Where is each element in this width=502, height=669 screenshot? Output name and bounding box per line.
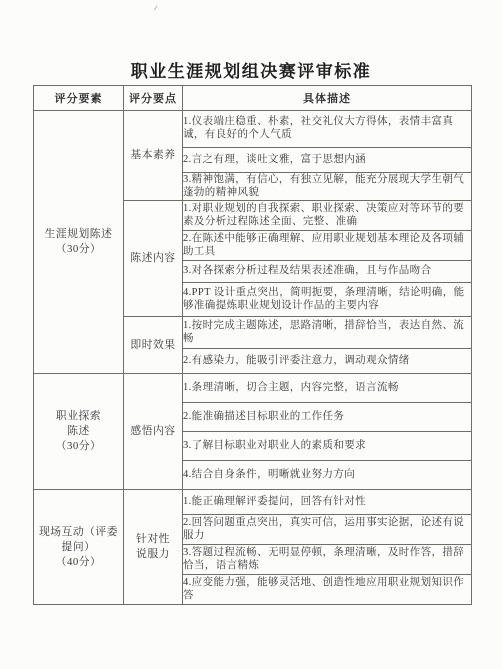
description-cell: 2.言之有理，谈吐文雅，富于思想内涵 (183, 148, 472, 173)
score-point-cell: 针对性 说服力 (124, 490, 183, 605)
score-element-cell: 生涯规划陈述 （30分） (34, 111, 124, 374)
description-cell: 3.了解目标职业对职业人的素质和要求 (183, 432, 472, 461)
description-cell: 2.能准确描述目标职业的工作任务 (183, 403, 472, 432)
score-point-cell: 陈述内容 (124, 201, 183, 317)
table-header-row: 评分要素 评分要点 具体描述 (34, 86, 472, 111)
score-point-cell: 感悟内容 (124, 374, 183, 490)
header-score-point: 评分要点 (124, 86, 183, 111)
header-score-element: 评分要素 (34, 86, 124, 111)
description-cell: 4.结合自身条件，明晰就业努力方向 (183, 461, 472, 490)
description-cell: 1.按时完成主题陈述，思路清晰，措辞恰当，表达自然、流畅 (183, 317, 472, 349)
table-row: 生涯规划陈述 （30分） 基本素养 1.仪表端庄稳重、朴素，社交礼仪大方得体，表… (34, 111, 472, 148)
table-row: 职业探索 陈述 （30分） 感悟内容 1.条理清晰，切合主题，内容完整，语言流畅 (34, 374, 472, 403)
description-cell: 3.对各探索分析过程及结果表述准确，且与作品吻合 (183, 261, 472, 283)
description-cell: 2.回答问题重点突出，真实可信，运用事实论据，论述有说服力 (183, 515, 472, 545)
description-cell: 2.在陈述中能够正确理解、应用职业规划基本理论及各项辅助工具 (183, 231, 472, 261)
description-cell: 4.应变能力强，能够灵活地、创造性地应用职业规划知识作答 (183, 575, 472, 605)
description-cell: 1.仪表端庄稳重、朴素，社交礼仪大方得体，表情丰富真诚，有良好的个人气质 (183, 111, 472, 148)
header-description: 具体描述 (183, 86, 472, 111)
score-element-cell: 现场互动（评委 提问） （40分） (34, 490, 124, 605)
description-cell: 4.PPT 设计重点突出，简明扼要，条理清晰，结论明确，能够准确提炼职业规划设计… (183, 283, 472, 317)
evaluation-criteria-table: 评分要素 评分要点 具体描述 生涯规划陈述 （30分） 基本素养 1.仪表端庄稳… (33, 85, 472, 605)
table-row: 现场互动（评委 提问） （40分） 针对性 说服力 1.能正确理解评委提问，回答… (34, 490, 472, 515)
description-cell: 3.精神饱满，有信心，有独立见解，能充分展现大学生朝气蓬勃的精神风貌 (183, 173, 472, 201)
description-cell: 2.有感染力，能吸引评委注意力，调动观众情绪 (183, 349, 472, 374)
description-cell: 1.对职业规划的自我探索、职业探索、决策应对等环节的要素及分析过程陈述全面、完整… (183, 201, 472, 231)
document-title: 职业生涯规划组决赛评审标准 (0, 57, 502, 82)
description-cell: 3.答题过程流畅、无明显停顿，条理清晰，及时作答，措辞恰当，语言精炼 (183, 545, 472, 575)
description-cell: 1.能正确理解评委提问，回答有针对性 (183, 490, 472, 515)
score-element-cell: 职业探索 陈述 （30分） (34, 374, 124, 490)
score-point-cell: 基本素养 (124, 111, 183, 201)
scanned-document-page: 职业生涯规划组决赛评审标准 评分要素 评分要点 具体描述 生涯规划陈述 （30分… (0, 0, 502, 669)
score-point-cell: 即时效果 (124, 317, 183, 374)
scan-speck-artifact (154, 6, 159, 12)
description-cell: 1.条理清晰，切合主题，内容完整，语言流畅 (183, 374, 472, 403)
